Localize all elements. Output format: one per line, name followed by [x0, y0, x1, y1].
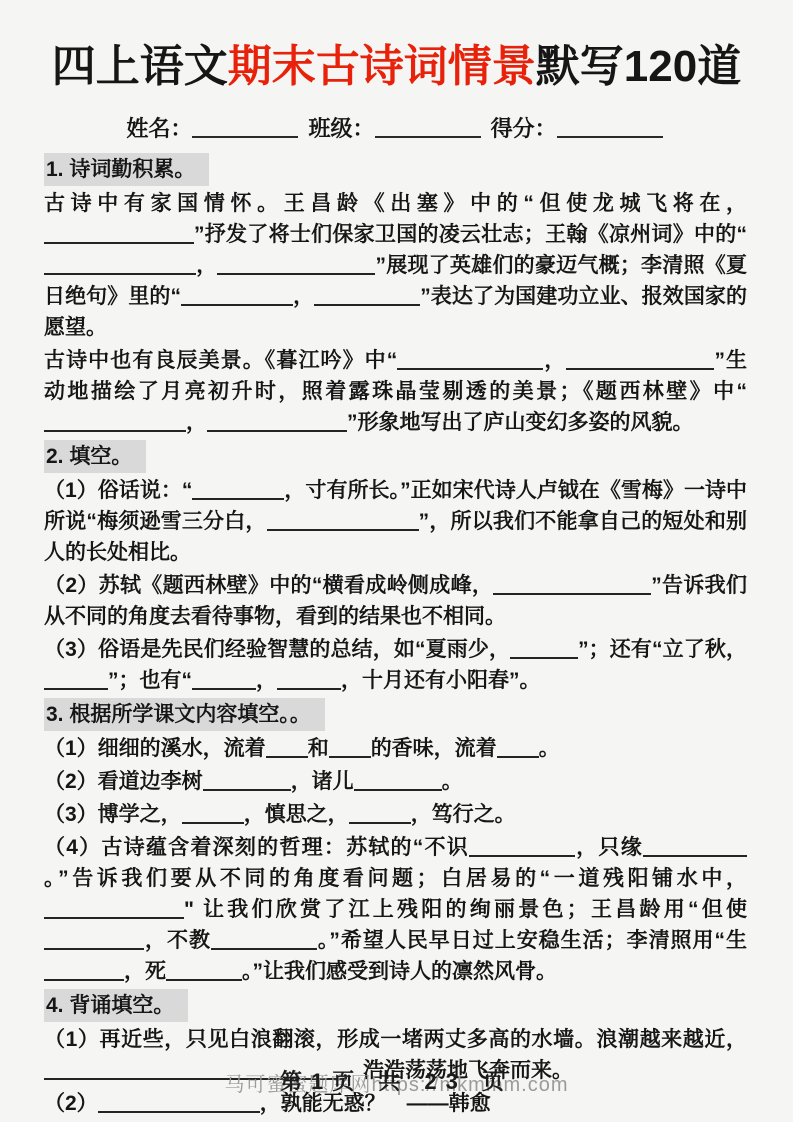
paragraph: （2）看道边李树，诸儿。 — [44, 766, 747, 797]
blank-line — [497, 736, 539, 758]
text-run: 。”让我们感受到诗人的凛然风骨。 — [242, 960, 557, 983]
text-run: ， — [293, 285, 314, 308]
blank-line — [211, 928, 317, 950]
blank-line — [44, 253, 196, 275]
worksheet-page: 四上语文期末古诗词情景默写120道 姓名： 班级： 得分： 1. 诗词勤积累。古… — [0, 0, 793, 1122]
paragraph: 古诗中也有良辰美景。《暮江吟》中“，”生动地描绘了月亮初升时，照着露珠晶莹剔透的… — [44, 345, 747, 438]
page-title: 四上语文期末古诗词情景默写120道 — [0, 0, 793, 94]
blank-line — [182, 802, 244, 824]
title-part-grade: 四上语文 — [52, 42, 228, 91]
blank-line — [643, 835, 747, 857]
blank-line — [566, 348, 714, 370]
text-run: 古诗中有家国情怀。王昌龄《出塞》中的“但使龙城飞将在， — [44, 192, 747, 215]
section-heading: 2. 填空。 — [44, 440, 146, 473]
blank-line — [44, 928, 144, 950]
section-heading-row: 3. 根据所学课文内容填空。。 — [44, 698, 747, 731]
text-run: ，只缘 — [575, 836, 643, 859]
blank-line — [397, 348, 543, 370]
title-part-suffix: 默写120道 — [536, 42, 741, 91]
paragraph: （1）细细的溪水，流着和的香味，流着。 — [44, 733, 747, 764]
section-heading-row: 2. 填空。 — [44, 440, 747, 473]
blank-line — [314, 284, 420, 306]
class-label: 班级： — [308, 116, 374, 141]
blank-line — [44, 222, 194, 244]
student-info-row: 姓名： 班级： 得分： — [0, 112, 793, 143]
text-run: 。 — [442, 770, 463, 793]
blank-line — [192, 668, 256, 690]
paragraph: （3）俗语是先民们经验智慧的总结，如“夏雨少，”；还有“立了秋，”；也有“，，十… — [44, 634, 747, 696]
blank-line — [192, 478, 284, 500]
text-run: （2）看道边李树 — [44, 770, 203, 793]
blank-line — [44, 668, 108, 690]
blank-line — [44, 959, 124, 981]
blank-line — [203, 769, 291, 791]
text-run: ，死 — [124, 960, 166, 983]
paragraph: （2）苏轼《题西林壁》中的“横看成岭侧成峰，”告诉我们从不同的角度去看待事物，看… — [44, 570, 747, 632]
score-label: 得分： — [491, 116, 557, 141]
section-heading: 4. 背诵填空。 — [44, 989, 188, 1022]
blank-line — [469, 835, 575, 857]
name-field: 姓名： — [126, 112, 302, 143]
text-run: ”；也有“ — [108, 669, 192, 692]
name-blank-line — [192, 116, 298, 138]
section-heading: 1. 诗词勤积累。 — [44, 153, 209, 186]
text-run: ，不教 — [144, 929, 211, 952]
text-run: ”；还有“立了秋， — [578, 638, 747, 661]
blank-line — [329, 736, 371, 758]
text-run: ”形象地写出了庐山变幻多姿的风貌。 — [347, 411, 694, 434]
blank-line — [44, 410, 186, 432]
page-number: 第1页 共 23 页 — [0, 1065, 793, 1096]
text-run: （1）细细的溪水，流着 — [44, 737, 266, 760]
name-label: 姓名： — [126, 116, 192, 141]
text-run: ， — [543, 349, 566, 372]
blank-line — [354, 769, 442, 791]
score-field: 得分： — [491, 112, 667, 143]
text-run: ，慎思之， — [244, 803, 349, 826]
class-blank-line — [375, 116, 481, 138]
blank-line — [277, 668, 341, 690]
blank-line — [207, 410, 347, 432]
class-field: 班级： — [308, 112, 484, 143]
text-run: （1）再近些，只见白浪翻滚，形成一堵两丈多高的水墙。浪潮越来越近， — [44, 1028, 747, 1051]
text-run: 。 — [539, 737, 560, 760]
text-run: 。”告诉我们要从不同的角度看问题；白居易的“一道残阳铺水中， — [44, 867, 747, 890]
text-run: ，笃行之。 — [411, 803, 516, 826]
section-heading: 3. 根据所学课文内容填空。。 — [44, 698, 325, 731]
text-run: ，诸儿 — [291, 770, 354, 793]
text-run: （2）苏轼《题西林壁》中的“横看成岭侧成峰， — [44, 574, 493, 597]
text-run: 和 — [308, 737, 329, 760]
text-run: ”抒发了将士们保家卫国的凌云壮志；王翰《凉州词》中的“ — [194, 223, 747, 246]
blank-line — [166, 959, 242, 981]
text-run: ， — [256, 669, 277, 692]
paragraph: 古诗中有家国情怀。王昌龄《出塞》中的“但使龙城飞将在，”抒发了将士们保家卫国的凌… — [44, 188, 747, 343]
blank-line — [181, 284, 293, 306]
text-run: 的香味，流着 — [371, 737, 497, 760]
page-footer: 马可蜜蜜题库网https://mkmmm.com 第1页 共 23 页 — [0, 1062, 793, 1096]
text-run: ， — [186, 411, 207, 434]
text-run: 古诗中也有良辰美景。《暮江吟》中“ — [44, 349, 397, 372]
section-heading-row: 1. 诗词勤积累。 — [44, 153, 747, 186]
text-run: 。”希望人民早日过上安稳生活；李清照用“生 — [317, 929, 747, 952]
blank-line — [217, 253, 375, 275]
blank-line — [44, 897, 184, 919]
section-heading-row: 4. 背诵填空。 — [44, 989, 747, 1022]
text-run: ， — [196, 254, 217, 277]
blank-line — [493, 573, 651, 595]
blank-line — [510, 637, 578, 659]
text-run: ，十月还有小阳春”。 — [341, 669, 541, 692]
score-blank-line — [557, 116, 663, 138]
paragraph: （3）博学之，，慎思之，，笃行之。 — [44, 799, 747, 830]
text-run: （1）俗话说：“ — [44, 479, 192, 502]
text-run: （3）博学之， — [44, 803, 182, 826]
text-run: " 让我们欣赏了江上残阳的绚丽景色；王昌龄用“但使 — [184, 898, 747, 921]
sections-container: 1. 诗词勤积累。古诗中有家国情怀。王昌龄《出塞》中的“但使龙城飞将在，”抒发了… — [0, 143, 793, 1119]
paragraph: （4）古诗蕴含着深刻的哲理：苏轼的“不识，只缘。”告诉我们要从不同的角度看问题；… — [44, 832, 747, 987]
blank-line — [266, 736, 308, 758]
text-run: （4）古诗蕴含着深刻的哲理：苏轼的“不识 — [44, 836, 469, 859]
text-run: （3）俗语是先民们经验智慧的总结，如“夏雨少， — [44, 638, 510, 661]
title-part-accent: 期末古诗词情景 — [228, 42, 536, 91]
blank-line — [349, 802, 411, 824]
blank-line — [267, 509, 419, 531]
paragraph: （1）俗话说：“，寸有所长。”正如宋代诗人卢钺在《雪梅》一诗中所说“梅须逊雪三分… — [44, 475, 747, 568]
